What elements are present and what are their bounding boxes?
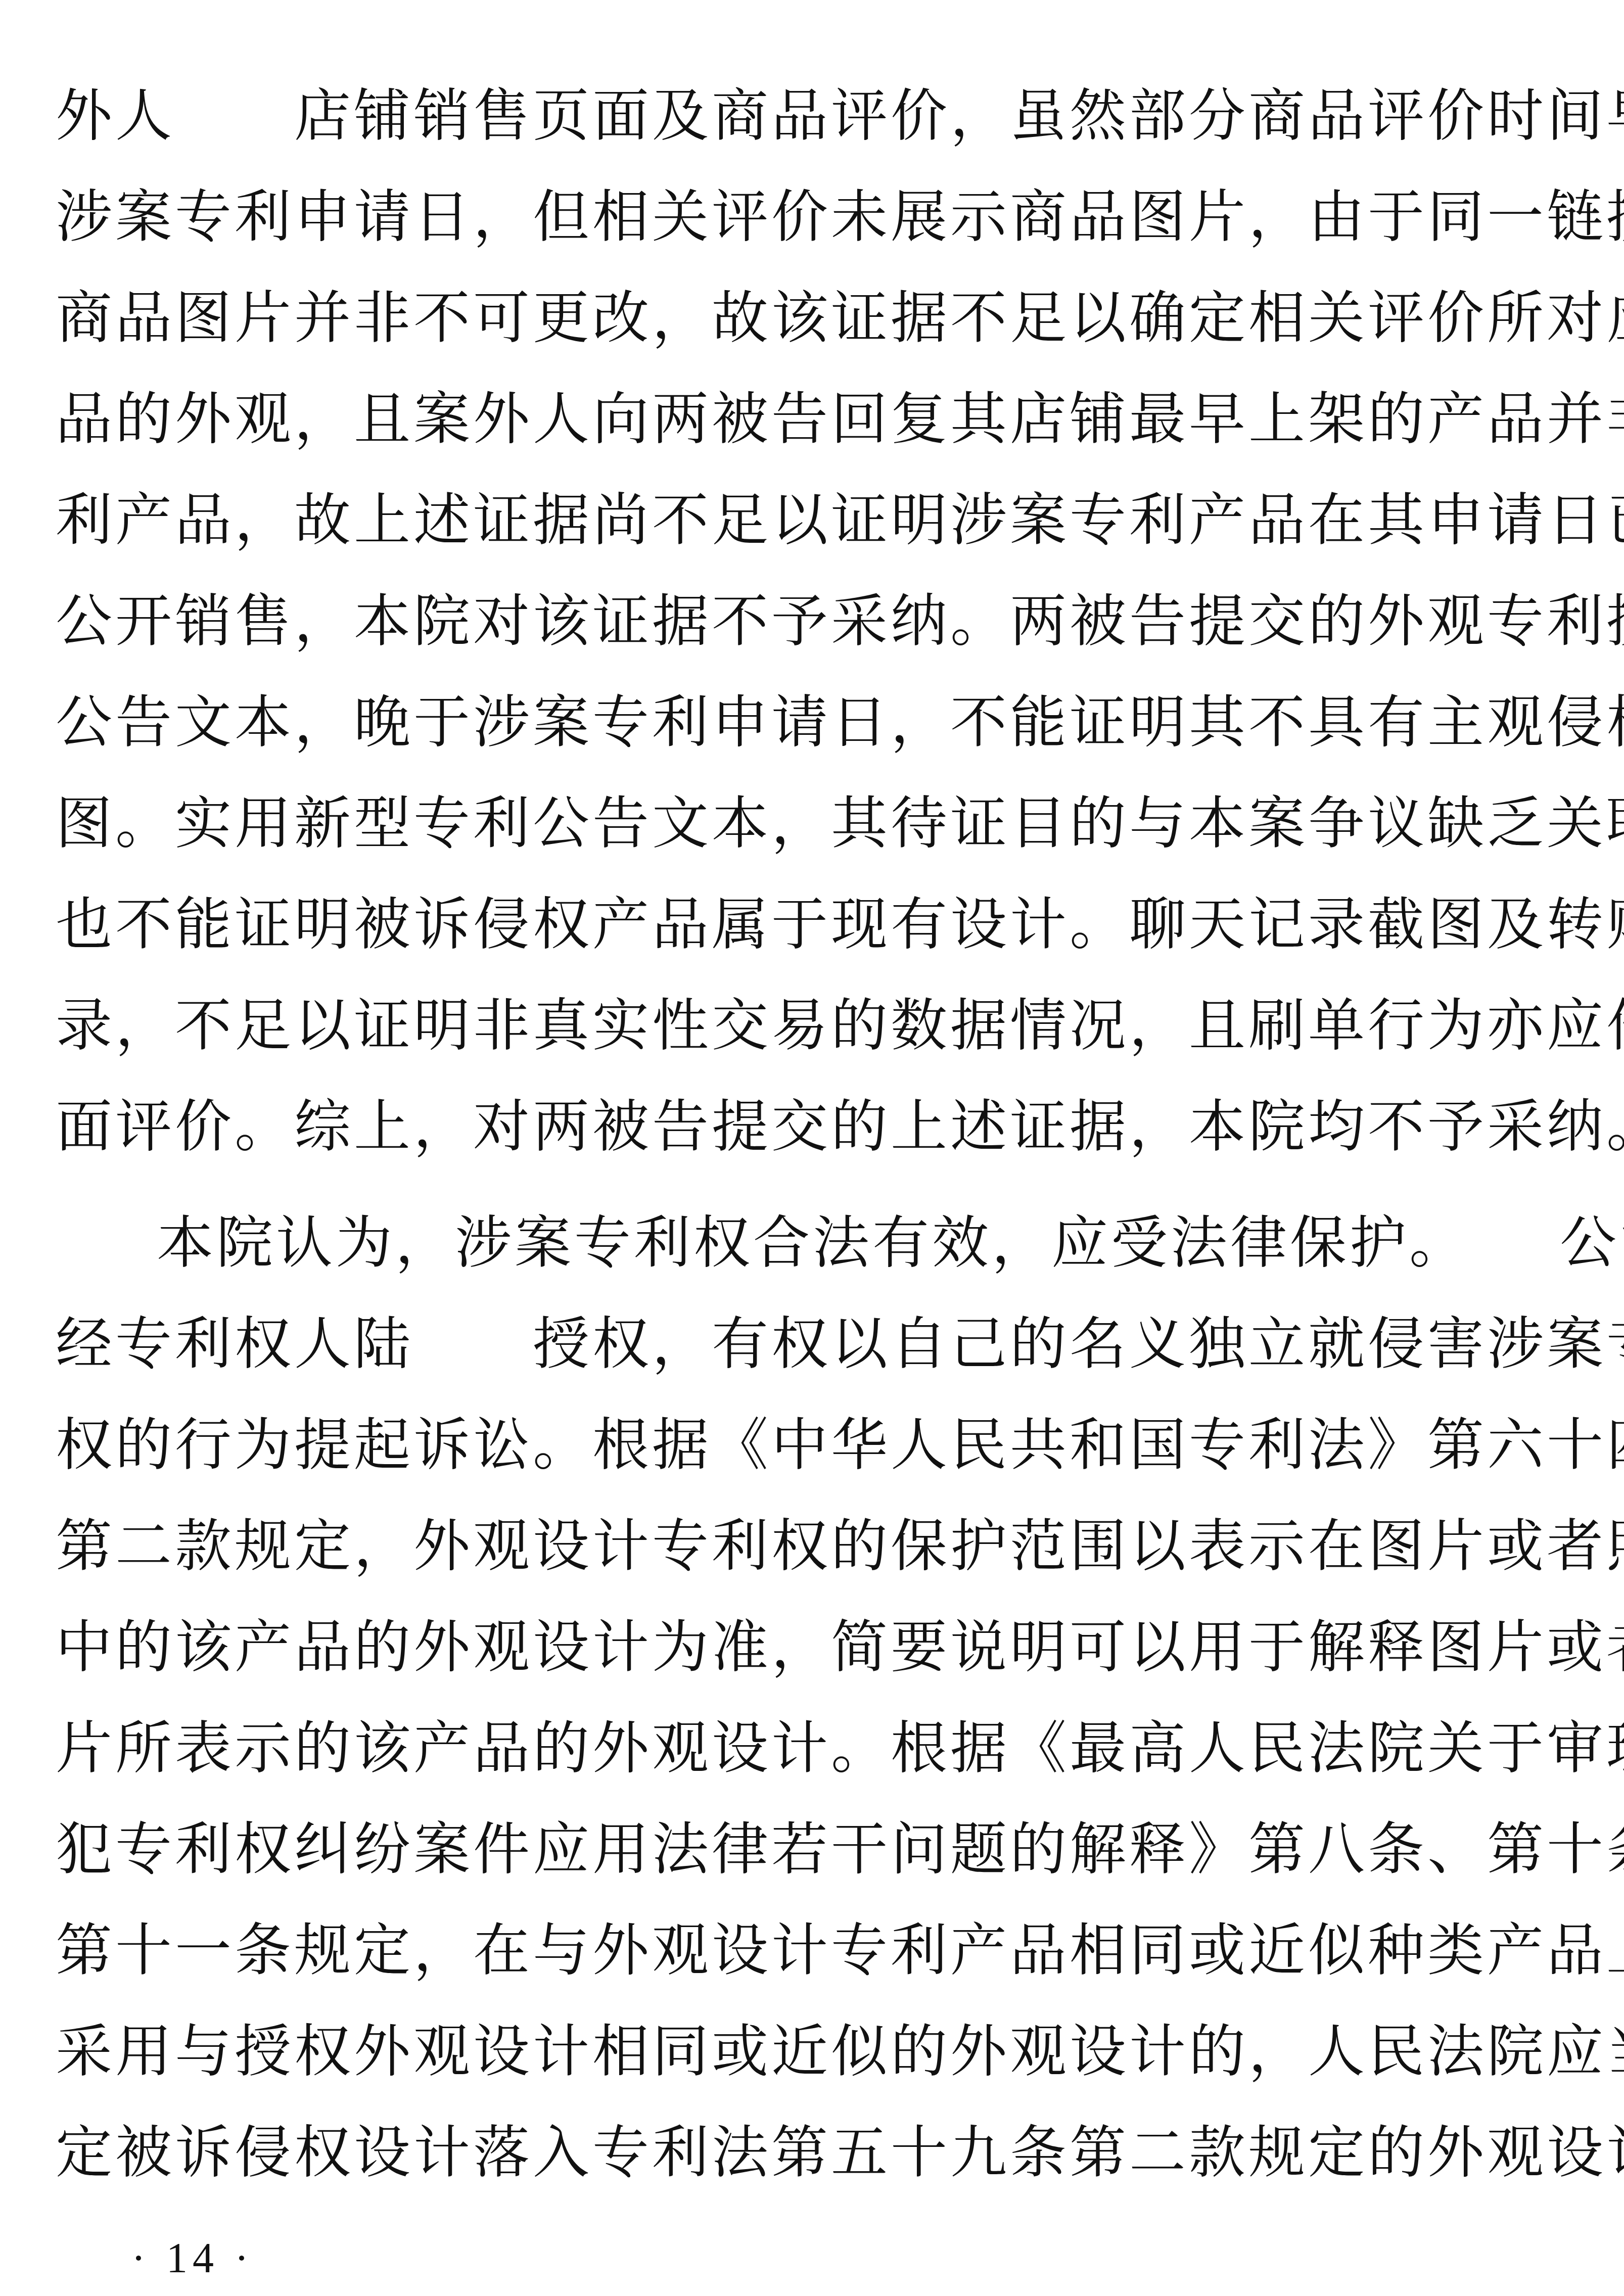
text-line: 片所表示的该产品的外观设计。根据《最高人民法院关于审理侵 <box>56 1708 1572 1789</box>
text-line: 品的外观，且案外人向两被告回复其店铺最早上架的产品并非专 <box>56 379 1572 460</box>
paragraph-first-line: 本院认为，涉案专利权合法有效，应受法律保护。 公司 <box>157 1203 1572 1284</box>
text-line: 商品图片并非不可更改，故该证据不足以确定相关评价所对应商 <box>56 278 1572 359</box>
text-line: 第二款规定，外观设计专利权的保护范围以表示在图片或者照片 <box>56 1506 1572 1587</box>
text-line: 外人 店铺销售页面及商品评价，虽然部分商品评价时间早于 <box>56 76 1572 157</box>
text-line: 第十一条规定，在与外观设计专利产品相同或近似种类产品上， <box>56 1910 1572 1991</box>
text-line: 中的该产品的外观设计为准，简要说明可以用于解释图片或者照 <box>56 1607 1572 1688</box>
text-line: 涉案专利申请日，但相关评价未展示商品图片，由于同一链接的 <box>56 177 1572 258</box>
text-line: 录，不足以证明非真实性交易的数据情况，且刷单行为亦应作负 <box>56 986 1572 1066</box>
text-line: 面评价。综上，对两被告提交的上述证据，本院均不予采纳。 <box>56 1087 1624 1167</box>
text-line: 采用与授权外观设计相同或近似的外观设计的，人民法院应当认 <box>56 2011 1572 2092</box>
text-line: 图。实用新型专利公告文本，其待证目的与本案争议缺乏关联性， <box>56 783 1572 864</box>
text-line: 公开销售，本院对该证据不予采纳。两被告提交的外观专利授权 <box>56 581 1572 662</box>
text-line: 公告文本，晚于涉案专利申请日，不能证明其不具有主观侵权意 <box>56 682 1572 763</box>
text-line: 经专利权人陆 授权，有权以自己的名义独立就侵害涉案专利 <box>56 1304 1572 1385</box>
text-line: 利产品，故上述证据尚不足以证明涉案专利产品在其申请日已经 <box>56 480 1572 561</box>
text-line: 定被诉侵权设计落入专利法第五十九条第二款规定的外观设计 <box>56 2113 1572 2193</box>
text-line: 权的行为提起诉讼。根据《中华人民共和国专利法》第六十四条 <box>56 1405 1572 1486</box>
text-line: 犯专利权纠纷案件应用法律若干问题的解释》第八条、第十条、 <box>56 1809 1572 1890</box>
text-line: 也不能证明被诉侵权产品属于现有设计。聊天记录截图及转账记 <box>56 884 1572 965</box>
page-number: · 14 · <box>131 2234 254 2283</box>
